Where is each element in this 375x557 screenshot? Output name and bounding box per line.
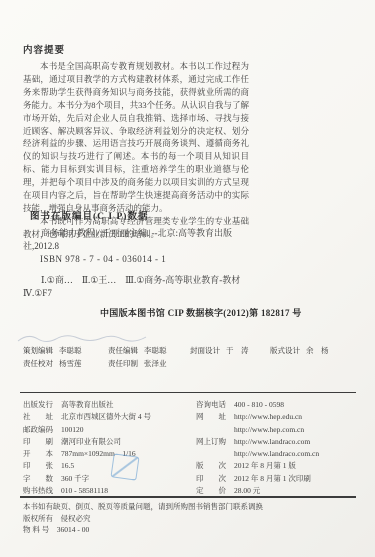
staff-cover-designer: 封面设计 于 涛 [190,344,270,357]
postcode-label: 邮政编码 [23,424,61,436]
address-value: 北京市西城区德外大街 4 号 [61,411,151,423]
staff-role-label: 责任编辑 [108,344,138,357]
cip-isbn: ISBN 978 - 7 - 04 - 036014 - 1 [40,254,166,264]
format-row: 开 本 787mm×1092mm 1/16 [23,448,191,460]
publisher-value: 高等教育出版社 [61,399,114,411]
staff-row-1: 策划编辑 李聪聪 责任编辑 李聪聪 封面设计 于 涛 版式设计 余 杨 [23,344,358,357]
printer-label: 印 刷 [23,436,61,448]
phone-row: 咨询电话 400 - 810 - 0598 [196,399,366,411]
address-label: 社 址 [23,411,61,423]
format-label: 开 本 [23,448,61,460]
staff-name: 张泽业 [144,357,167,370]
online-order-row: 网上订购 http://www.landraco.com [196,436,366,448]
online-order-row-2: http://www.landraco.com.cn [196,448,366,460]
hotline-label: 购书热线 [23,485,61,497]
book-copyright-page: 内容提要 本书是全国高职高专教育规划教材。本书以工作过程为基础，通过项目教学的方… [0,0,375,557]
impression-label: 印 次 [196,473,234,485]
price-row: 定 价 28.00 元 [196,485,366,497]
publisher-label: 出版发行 [23,399,61,411]
staff-name: 李聪聪 [59,344,82,357]
wordcount-label: 字 数 [23,473,61,485]
copyright-notice: 版权所有 侵权必究 [23,513,353,525]
edition-label: 版 次 [196,460,234,472]
price-value: 28.00 元 [234,485,260,497]
material-number: 物 料 号 36014 - 00 [23,524,353,536]
summary-heading: 内容提要 [23,42,249,56]
publisher-row: 出版发行 高等教育出版社 [23,399,191,411]
staff-name: 于 涛 [226,344,249,357]
divider-rule-top [20,392,356,393]
staff-role-label: 策划编辑 [23,344,53,357]
postcode-row: 邮政编码 100120 [23,424,191,436]
staff-row-2: 责任校对 杨雪莲 责任印制 张泽业 [23,357,358,370]
quality-notice: 本书如有缺页、倒页、脱页等质量问题，请到所购图书销售部门联系调换 [23,501,353,513]
postcode-value: 100120 [61,424,84,436]
publishing-info-right: 咨询电话 400 - 810 - 0598 网 址 http://www.hep… [196,399,366,497]
online-order-value-2: http://www.landraco.com.cn [234,448,319,460]
staff-proofreader: 责任校对 杨雪莲 [23,357,108,370]
website-label: 网 址 [196,411,234,423]
impression-value: 2012 年 8 月第 1 次印刷 [234,473,311,485]
staff-planning-editor: 策划编辑 李聪聪 [23,344,108,357]
staff-role-label: 责任校对 [23,357,53,370]
edition-row: 版 次 2012 年 8 月第 1 版 [196,460,366,472]
staff-name: 余 杨 [306,344,329,357]
sheets-value: 16.5 [61,460,74,472]
cip-registry-number: 中国版本图书馆 CIP 数据核字(2012)第 182817 号 [100,306,302,319]
impression-row: 印 次 2012 年 8 月第 1 次印刷 [196,473,366,485]
staff-name: 杨雪莲 [59,357,82,370]
staff-name: 李聪聪 [144,344,167,357]
staff-layout-designer: 版式设计 余 杨 [270,344,329,357]
cip-classification: Ⅰ.①商… Ⅱ.①王… Ⅲ.①商务-高等职业教育-教材 Ⅳ.①F7 [23,274,263,300]
staff-responsible-editor: 责任编辑 李聪聪 [108,344,190,357]
hotline-value: 010 - 58581118 [61,485,108,497]
address-row: 社 址 北京市西城区德外大街 4 号 [23,411,191,423]
staff-credits: 策划编辑 李聪聪 责任编辑 李聪聪 封面设计 于 涛 版式设计 余 杨 责任校对… [23,344,358,370]
online-order-label-blank [196,448,234,460]
phone-value: 400 - 810 - 0598 [234,399,284,411]
wordcount-value: 360 千字 [61,473,89,485]
hotline-row: 购书热线 010 - 58581118 [23,485,191,497]
staff-role-label: 封面设计 [190,344,220,357]
blue-stamp-artifact [110,453,139,480]
website-row-2: http://www.hep.com.cn [196,424,366,436]
online-order-value: http://www.landraco.com [234,436,310,448]
sheets-row: 印 张 16.5 [23,460,191,472]
online-order-label: 网上订购 [196,436,234,448]
phone-label: 咨询电话 [196,399,234,411]
summary-paragraph-1: 本书是全国高职高专教育规划教材。本书以工作过程为基础，通过项目教学的方式构建教材… [23,60,249,215]
footer-notices: 本书如有缺页、倒页、脱页等质量问题，请到所购图书销售部门联系调换 版权所有 侵权… [23,501,353,536]
cip-title-line: 商务能力教程 / 王丽丽主编. --北京:高等教育出版社,2012.8 [23,227,235,252]
edition-value: 2012 年 8 月第 1 版 [234,460,296,472]
printer-row: 印 刷 潮河印业有限公司 [23,436,191,448]
staff-role-label: 责任印制 [108,357,138,370]
wordcount-row: 字 数 360 千字 [23,473,191,485]
staff-role-label: 版式设计 [270,344,300,357]
website-label-blank [196,424,234,436]
website-value-2: http://www.hep.com.cn [234,424,304,436]
website-row: 网 址 http://www.hep.edu.cn [196,411,366,423]
staff-print-supervisor: 责任印制 张泽业 [108,357,167,370]
price-label: 定 价 [196,485,234,497]
sheets-label: 印 张 [23,460,61,472]
printer-value: 潮河印业有限公司 [61,436,121,448]
publishing-info-left: 出版发行 高等教育出版社 社 址 北京市西城区德外大街 4 号 邮政编码 100… [23,399,191,497]
cip-heading: 图书在版编目(C I P)数据 [30,208,148,222]
website-value: http://www.hep.edu.cn [234,411,302,423]
